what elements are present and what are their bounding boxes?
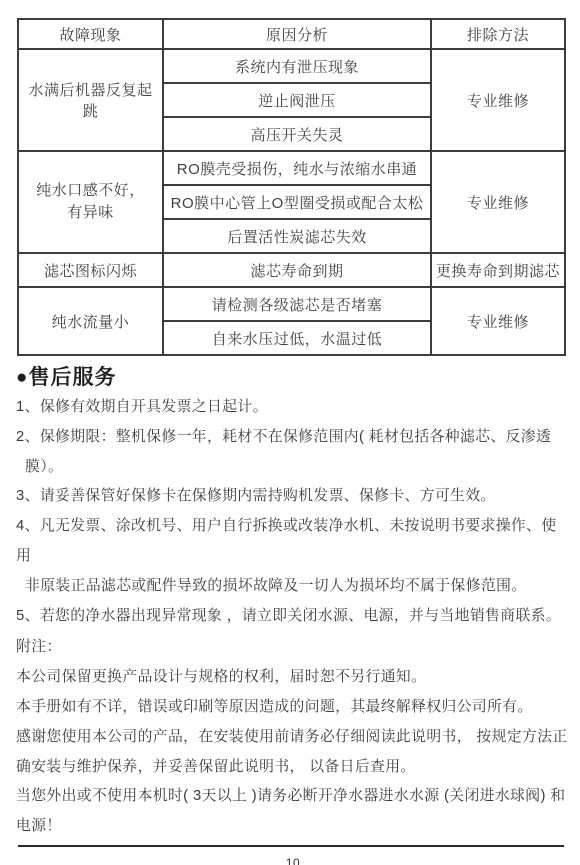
service-list-item: 3、请妥善保管好保修卡在保修期内需持购机发票、保修卡、方可生效。 [16, 482, 570, 512]
section-title: 售后服务 [28, 366, 116, 389]
cause-cell: 自来水压过低，水温过低 [163, 321, 431, 355]
cause-cell: RO膜中心管上O型圈受损或配合太松 [163, 185, 431, 219]
section-heading-after-sales: ●售后服务 [16, 365, 570, 390]
phenomenon-cell: 纯水口感不好， 有异味 [18, 151, 163, 253]
bullet-icon: ● [16, 367, 28, 388]
cause-cell: 系统内有泄压现象 [163, 49, 431, 83]
cause-cell: 请检测各级滤芯是否堵塞 [163, 287, 431, 321]
page-number: 10 [16, 856, 570, 865]
notes-paragraph: 感谢您使用本公司的产品，在安装使用前请务必仔细阅读此说明书， 按规定方法正 确安… [16, 723, 570, 783]
notes-title: 附注： [16, 633, 570, 663]
troubleshooting-table: 故障现象 原因分析 排除方法 水满后机器反复起跳 系统内有泄压现象 专业维修 逆… [17, 18, 566, 356]
remedy-cell: 专业维修 [431, 49, 565, 151]
cause-cell: 后置活性炭滤芯失效 [163, 219, 431, 253]
header-remedy: 排除方法 [431, 19, 565, 49]
table-row: 水满后机器反复起跳 系统内有泄压现象 专业维修 [18, 49, 565, 83]
phenomenon-cell: 水满后机器反复起跳 [18, 49, 163, 151]
cause-cell: 高压开关失灵 [163, 117, 431, 151]
notes-section: 附注： 本公司保留更换产品设计与规格的权利，届时恕不另行通知。 本手册如有不详，… [16, 633, 570, 842]
manual-page: 故障现象 原因分析 排除方法 水满后机器反复起跳 系统内有泄压现象 专业维修 逆… [0, 0, 580, 865]
service-list-item: 1、保修有效期自开具发票之日起计。 [16, 393, 570, 423]
header-cause: 原因分析 [163, 19, 431, 49]
notes-paragraph: 本公司保留更换产品设计与规格的权利，届时恕不另行通知。 [16, 663, 570, 693]
cause-cell: 滤芯寿命到期 [163, 253, 431, 287]
notes-paragraph: 当您外出或不使用本机时( 3天以上 )请务必断开净水器进水水源 (关闭进水球阀)… [16, 782, 570, 842]
service-list-item: 4、凡无发票、涂改机号、用户自行拆换或改装净水机、未按说明书要求操作、使用 非原… [16, 512, 570, 601]
table-row: 滤芯图标闪烁 滤芯寿命到期 更换寿命到期滤芯 [18, 253, 565, 287]
cause-cell: RO膜壳受损伤，纯水与浓缩水串通 [163, 151, 431, 185]
table-row: 纯水口感不好， 有异味 RO膜壳受损伤，纯水与浓缩水串通 专业维修 [18, 151, 565, 185]
cause-cell: 逆止阀泄压 [163, 83, 431, 117]
footer-divider [18, 845, 564, 847]
remedy-cell: 更换寿命到期滤芯 [431, 253, 565, 287]
remedy-cell: 专业维修 [431, 151, 565, 253]
service-list-item: 2、保修期限：整机保修一年，耗材不在保修范围内( 耗材包括各种滤芯、反渗透 膜）… [16, 423, 570, 483]
remedy-cell: 专业维修 [431, 287, 565, 355]
table-header-row: 故障现象 原因分析 排除方法 [18, 19, 565, 49]
notes-paragraph: 本手册如有不详，错误或印刷等原因造成的问题，其最终解释权归公司所有。 [16, 693, 570, 723]
service-item-list: 1、保修有效期自开具发票之日起计。 2、保修期限：整机保修一年，耗材不在保修范围… [16, 393, 570, 631]
header-phenomenon: 故障现象 [18, 19, 163, 49]
phenomenon-cell: 纯水流量小 [18, 287, 163, 355]
table-row: 纯水流量小 请检测各级滤芯是否堵塞 专业维修 [18, 287, 565, 321]
service-list-item: 5、若您的净水器出现异常现象 ，请立即关闭水源、电源，并与当地销售商联系。 [16, 602, 570, 632]
phenomenon-cell: 滤芯图标闪烁 [18, 253, 163, 287]
